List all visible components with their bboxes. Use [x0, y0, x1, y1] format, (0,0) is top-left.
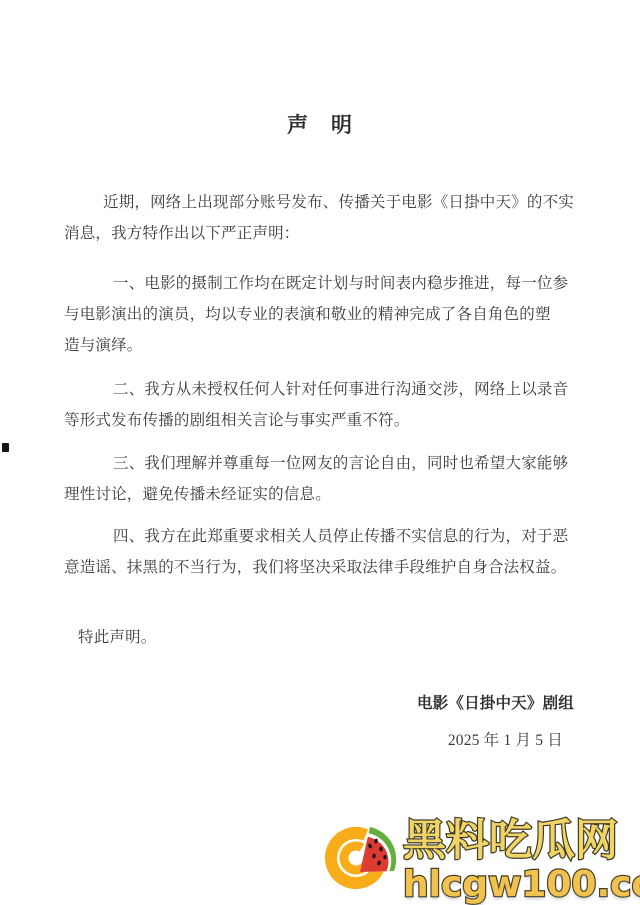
statement-document: 声 明 近期，网络上出现部分账号发布、传播关于电影《日掛中天》的不实 消息，我方…	[64, 0, 576, 756]
watermark-site-url: hlcgw100.com	[403, 867, 640, 903]
watermark-text-block: 黑料吃瓜网 hlcgw100.com	[403, 810, 640, 903]
paragraph-line: 二、我方从未授权任何人针对任何事进行沟通交涉，网络上以录音	[64, 374, 576, 405]
paragraph-line: 造与演绎。	[64, 330, 576, 361]
paragraph-line: 三、我们理解并尊重每一位网友的言论自由，同时也希望大家能够	[64, 448, 576, 479]
paragraph-line: 等形式发布传播的剧组相关言论与事实严重不符。	[64, 405, 576, 436]
scanned-statement-page: 声 明 近期，网络上出现部分账号发布、传播关于电影《日掛中天》的不实 消息，我方…	[0, 0, 640, 905]
statement-item-1: 一、电影的摄制工作均在既定计划与时间表内稳步推进，每一位参 与电影演出的演员，均…	[64, 268, 576, 361]
intro-paragraph: 近期，网络上出现部分账号发布、传播关于电影《日掛中天》的不实 消息，我方特作出以…	[64, 187, 576, 249]
date-line: 2025 年 1 月 5 日	[64, 725, 576, 756]
paragraph-line: 近期，网络上出现部分账号发布、传播关于电影《日掛中天》的不实	[64, 187, 576, 218]
statement-item-4: 四、我方在此郑重要求相关人员停止传播不实信息的行为，对于恶 意造谣、抹黑的不当行…	[64, 521, 576, 583]
watermark-site-name: 黑料吃瓜网	[403, 816, 640, 866]
paragraph-line: 四、我方在此郑重要求相关人员停止传播不实信息的行为，对于恶	[64, 521, 576, 552]
paragraph-line: 与电影演出的演员，均以专业的表演和敬业的精神完成了各自角色的塑	[64, 299, 576, 330]
paragraph-line: 意造谣、抹黑的不当行为，我们将坚决采取法律手段维护自身合法权益。	[64, 552, 576, 583]
paragraph-line: 一、电影的摄制工作均在既定计划与时间表内稳步推进，每一位参	[64, 268, 576, 299]
paragraph-line: 消息，我方特作出以下严正声明：	[64, 218, 576, 249]
document-title: 声 明	[64, 111, 576, 139]
statement-item-2: 二、我方从未授权任何人针对任何事进行沟通交涉，网络上以录音 等形式发布传播的剧组…	[64, 374, 576, 436]
scan-artifact-mark	[2, 443, 9, 452]
paragraph-line: 理性讨论，避免传播未经证实的信息。	[64, 479, 576, 510]
closing-line: 特此声明。	[64, 622, 576, 653]
statement-item-3: 三、我们理解并尊重每一位网友的言论自由，同时也希望大家能够 理性讨论，避免传播未…	[64, 448, 576, 510]
site-watermark: 黑料吃瓜网 hlcgw100.com	[318, 810, 640, 904]
watermelon-c-logo-icon	[318, 812, 403, 904]
signature-line: 电影《日掛中天》剧组	[64, 688, 576, 719]
